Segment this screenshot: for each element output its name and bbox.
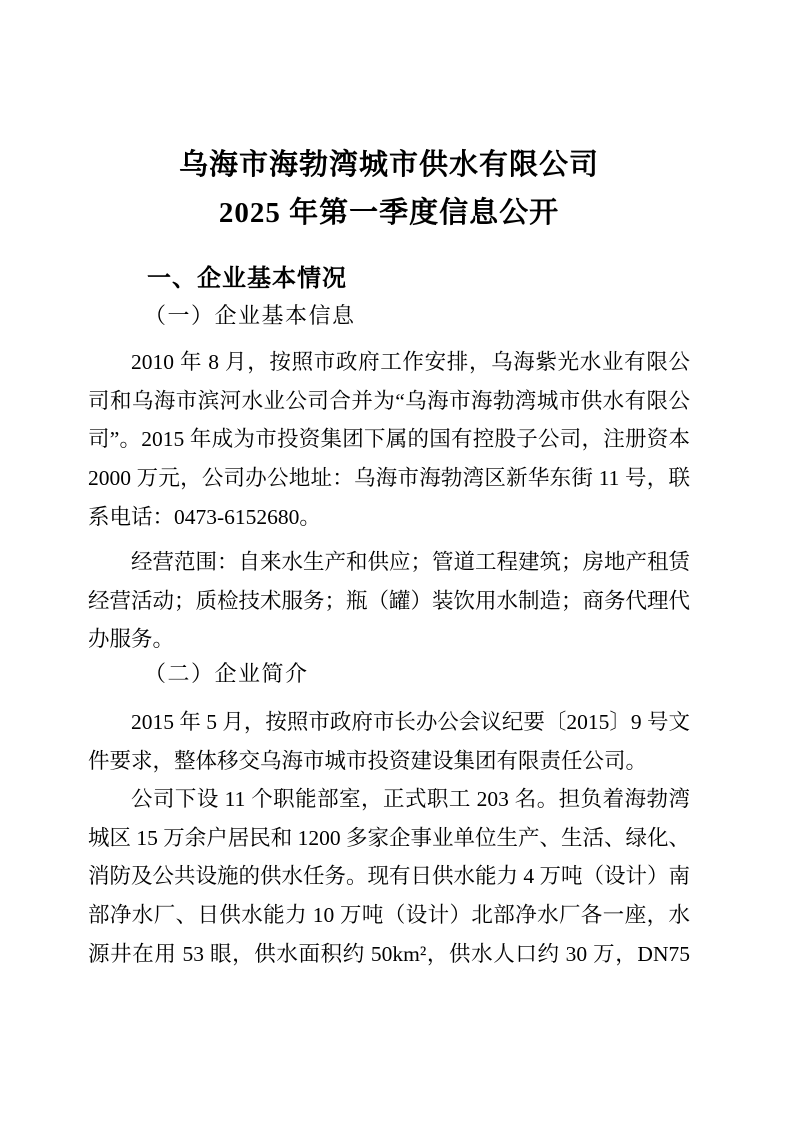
- paragraph-company-operations: 公司下设 11 个职能部室，正式职工 203 名。担负着海勃湾城区 15 万余户…: [88, 780, 690, 974]
- paragraph-company-history: 2010 年 8 月，按照市政府工作安排，乌海紫光水业有限公司和乌海市滨河水业公…: [88, 343, 690, 537]
- subsection-heading-basic-information: （一）企业基本信息: [88, 299, 690, 333]
- document-title: 乌海市海勃湾城市供水有限公司 2025 年第一季度信息公开: [88, 141, 690, 237]
- subsection-heading-company-profile: （二）企业简介: [88, 657, 690, 691]
- document-page: 乌海市海勃湾城市供水有限公司 2025 年第一季度信息公开 一、企业基本情况 （…: [0, 0, 793, 1122]
- paragraph-group-transfer: 2015 年 5 月，按照市政府市长办公会议纪要〔2015〕9 号文件要求，整体…: [88, 703, 690, 780]
- title-line-report-period: 2025 年第一季度信息公开: [88, 189, 690, 237]
- section-heading-basic-situation: 一、企业基本情况: [88, 262, 690, 295]
- paragraph-business-scope: 经营范围：自来水生产和供应；管道工程建筑；房地产租赁经营活动；质检技术服务；瓶（…: [88, 543, 690, 659]
- title-line-company-name: 乌海市海勃湾城市供水有限公司: [88, 141, 690, 189]
